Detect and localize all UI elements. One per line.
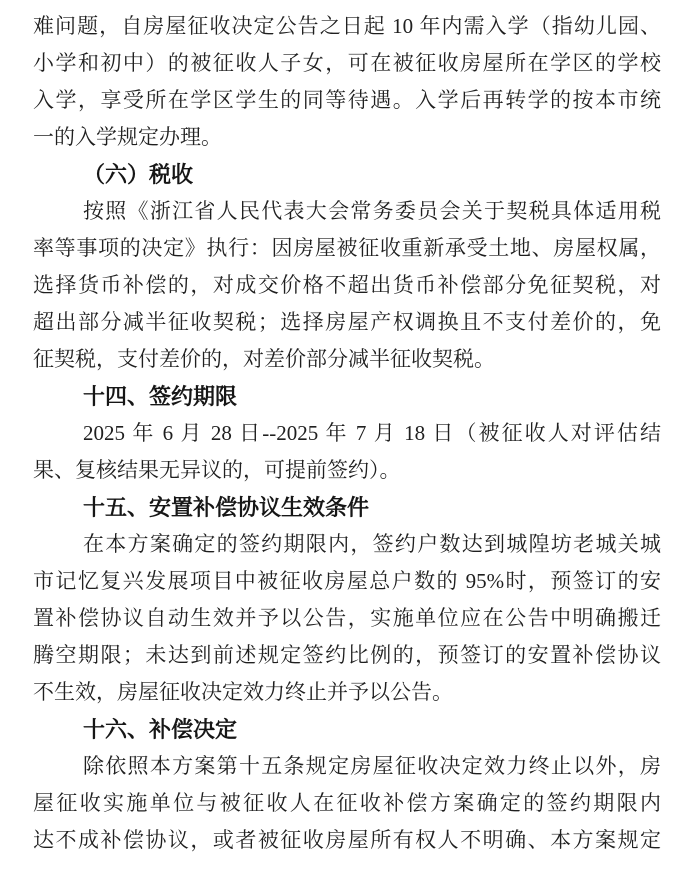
body-text-line: 置补偿协议自动生效并予以公告，实施单位应在公告中明确搬迁 (33, 600, 661, 637)
body-text-line: 2025 年 6 月 28 日--2025 年 7 月 18 日（被征收人对评估… (33, 415, 661, 452)
body-text-line: 在本方案确定的签约期限内，签约户数达到城隍坊老城关城 (33, 526, 661, 563)
body-text-line: 除依照本方案第十五条规定房屋征收决定效力终止以外，房 (33, 748, 661, 785)
body-text-line: 市记忆复兴发展项目中被征收房屋总户数的 95%时，预签订的安 (33, 563, 661, 600)
body-text-line: 选择货币补偿的，对成交价格不超出货币补偿部分免征契税，对 (33, 267, 661, 304)
section-heading: 十六、补偿决定 (33, 711, 661, 748)
body-text-line: 达不成补偿协议，或者被征收房屋所有权人不明确、本方案规定 (33, 822, 661, 859)
section-heading: 十五、安置补偿协议生效条件 (33, 489, 661, 526)
section-heading: 十四、签约期限 (33, 378, 661, 415)
body-text-line: 入学，享受所在学区学生的同等待遇。入学后再转学的按本市统 (33, 82, 661, 119)
body-text-line: 超出部分减半征收契税；选择房屋产权调换且不支付差价的，免 (33, 304, 661, 341)
body-text-line: 按照《浙江省人民代表大会常务委员会关于契税具体适用税 (33, 193, 661, 230)
body-text-line: 征契税，支付差价的，对差价部分减半征收契税。 (33, 341, 661, 378)
body-text-line: 小学和初中）的被征收人子女，可在被征收房屋所在学区的学校 (33, 45, 661, 82)
body-text-line: 一的入学规定办理。 (33, 119, 661, 156)
body-text-line: 腾空期限；未达到前述规定签约比例的，预签订的安置补偿协议 (33, 637, 661, 674)
body-text-line: 屋征收实施单位与被征收人在征收补偿方案确定的签约期限内 (33, 785, 661, 822)
document-page: 难问题，自房屋征收决定公告之日起 10 年内需入学（指幼儿园、小学和初中）的被征… (0, 0, 691, 887)
body-text-line: 不生效，房屋征收决定效力终止并予以公告。 (33, 674, 661, 711)
body-text-line: 果、复核结果无异议的，可提前签约）。 (33, 452, 661, 489)
body-text-line: 率等事项的决定》执行：因房屋被征收重新承受土地、房屋权属， (33, 230, 661, 267)
body-text-line: 难问题，自房屋征收决定公告之日起 10 年内需入学（指幼儿园、 (33, 8, 661, 45)
section-heading: （六）税收 (33, 156, 661, 193)
